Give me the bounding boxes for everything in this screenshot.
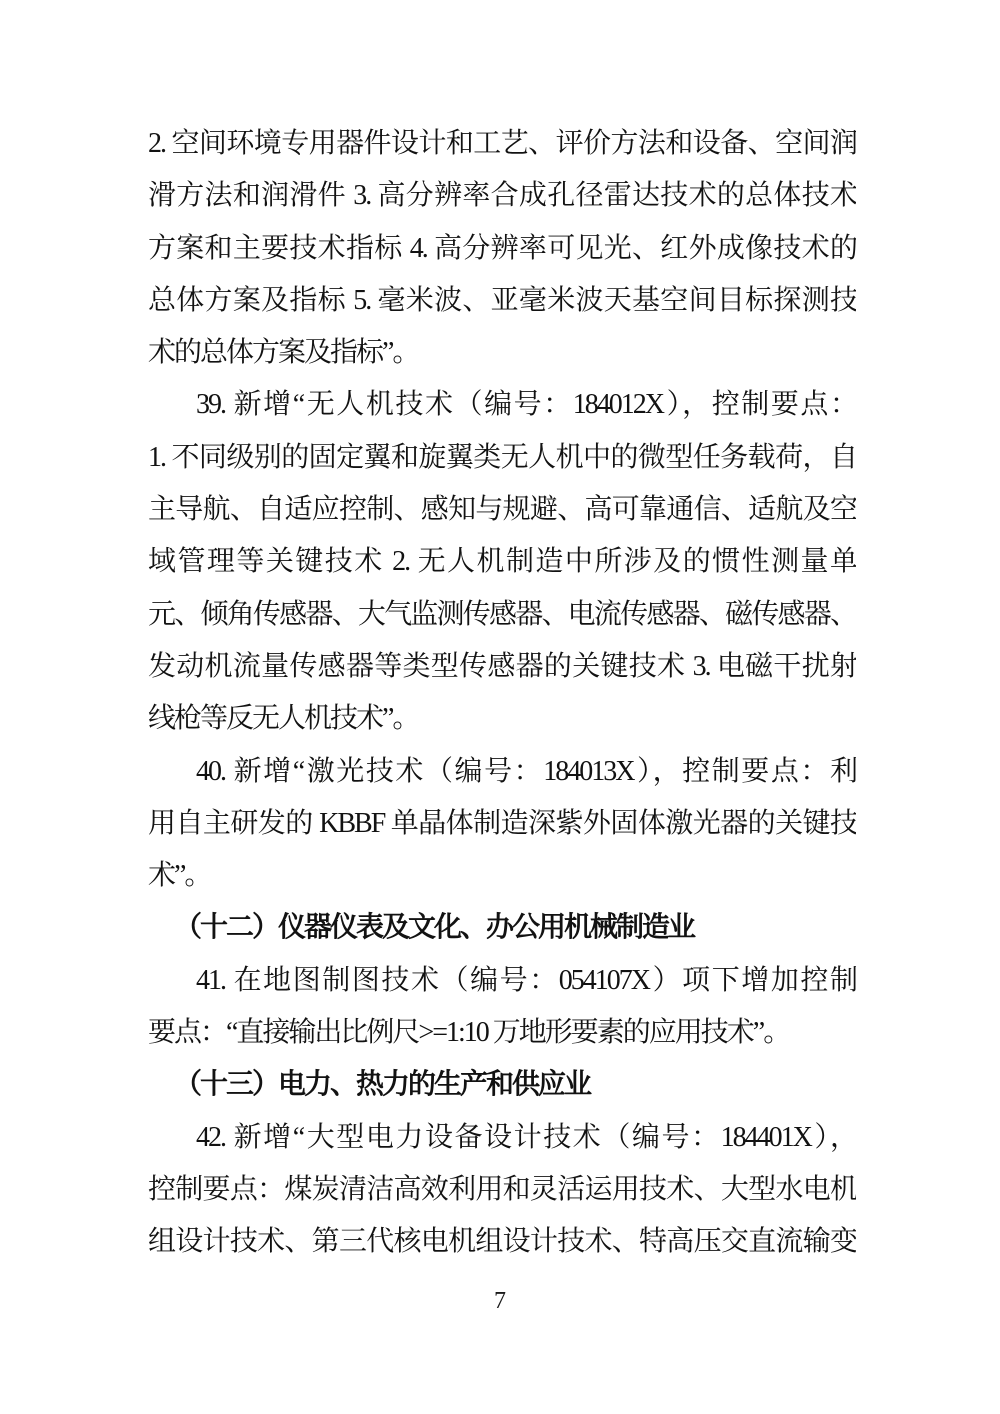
paragraph-item-39-line-2: 1. 不同级别的固定翼和旋翼类无人机中的微型任务载荷，自 xyxy=(148,432,856,484)
paragraph-item-39: 39. 新增“无人机技术（编号：184012X），控制要点：1. 不同级别的固定… xyxy=(148,379,856,745)
paragraph-item-39-line-7: 线枪等反无人机技术”。 xyxy=(148,693,856,745)
paragraph-item-40: 40. 新增“激光技术（编号：184013X），控制要点：利用自主研发的 KBB… xyxy=(148,746,856,903)
heading-section-12-line-1: （十二）仪器仪表及文化、办公用机械制造业 xyxy=(148,902,856,954)
heading-section-13-line-1: （十三）电力、热力的生产和供应业 xyxy=(148,1059,856,1111)
heading-section-13: （十三）电力、热力的生产和供应业 xyxy=(148,1059,856,1111)
paragraph-continuation-item-38-line-5: 术的总体方案及指标”。 xyxy=(148,327,856,379)
paragraph-item-39-line-4: 域管理等关键技术 2. 无人机制造中所涉及的惯性测量单 xyxy=(148,536,856,588)
paragraph-item-41-line-2: 要点：“直接输出比例尺>=1:10 万地形要素的应用技术”。 xyxy=(148,1007,856,1059)
paragraph-item-39-line-6: 发动机流量传感器等类型传感器的关键技术 3. 电磁干扰射 xyxy=(148,641,856,693)
paragraph-item-39-line-5: 元、倾角传感器、大气监测传感器、电流传感器、磁传感器、 xyxy=(148,589,856,641)
paragraph-item-42-line-1: 42. 新增“大型电力设备设计技术（编号：184401X）， xyxy=(148,1112,856,1164)
paragraph-item-42-line-3: 组设计技术、第三代核电机组设计技术、特高压交直流输变 xyxy=(148,1216,856,1268)
paragraph-item-39-line-1: 39. 新增“无人机技术（编号：184012X），控制要点： xyxy=(148,379,856,431)
paragraph-continuation-item-38-line-3: 方案和主要技术指标 4. 高分辨率可见光、红外成像技术的 xyxy=(148,223,856,275)
document-body: 2. 空间环境专用器件设计和工艺、评价方法和设备、空间润滑方法和润滑件 3. 高… xyxy=(148,118,856,1269)
paragraph-continuation-item-38: 2. 空间环境专用器件设计和工艺、评价方法和设备、空间润滑方法和润滑件 3. 高… xyxy=(148,118,856,379)
paragraph-continuation-item-38-line-1: 2. 空间环境专用器件设计和工艺、评价方法和设备、空间润 xyxy=(148,118,856,170)
paragraph-item-40-line-3: 术”。 xyxy=(148,850,856,902)
paragraph-item-42-line-2: 控制要点：煤炭清洁高效利用和灵活运用技术、大型水电机 xyxy=(148,1164,856,1216)
paragraph-item-40-line-1: 40. 新增“激光技术（编号：184013X），控制要点：利 xyxy=(148,746,856,798)
paragraph-continuation-item-38-line-4: 总体方案及指标 5. 毫米波、亚毫米波天基空间目标探测技 xyxy=(148,275,856,327)
paragraph-item-40-line-2: 用自主研发的 KBBF 单晶体制造深紫外固体激光器的关键技 xyxy=(148,798,856,850)
paragraph-item-41: 41. 在地图制图技术（编号：054107X）项下增加控制要点：“直接输出比例尺… xyxy=(148,955,856,1060)
heading-section-12: （十二）仪器仪表及文化、办公用机械制造业 xyxy=(148,902,856,954)
paragraph-continuation-item-38-line-2: 滑方法和润滑件 3. 高分辨率合成孔径雷达技术的总体技术 xyxy=(148,170,856,222)
page-number: 7 xyxy=(0,1286,1000,1316)
paragraph-item-41-line-1: 41. 在地图制图技术（编号：054107X）项下增加控制 xyxy=(148,955,856,1007)
document-page: { "page": { "background_color": "#ffffff… xyxy=(0,0,1000,1414)
paragraph-item-42: 42. 新增“大型电力设备设计技术（编号：184401X），控制要点：煤炭清洁高… xyxy=(148,1112,856,1269)
paragraph-item-39-line-3: 主导航、自适应控制、感知与规避、高可靠通信、适航及空 xyxy=(148,484,856,536)
